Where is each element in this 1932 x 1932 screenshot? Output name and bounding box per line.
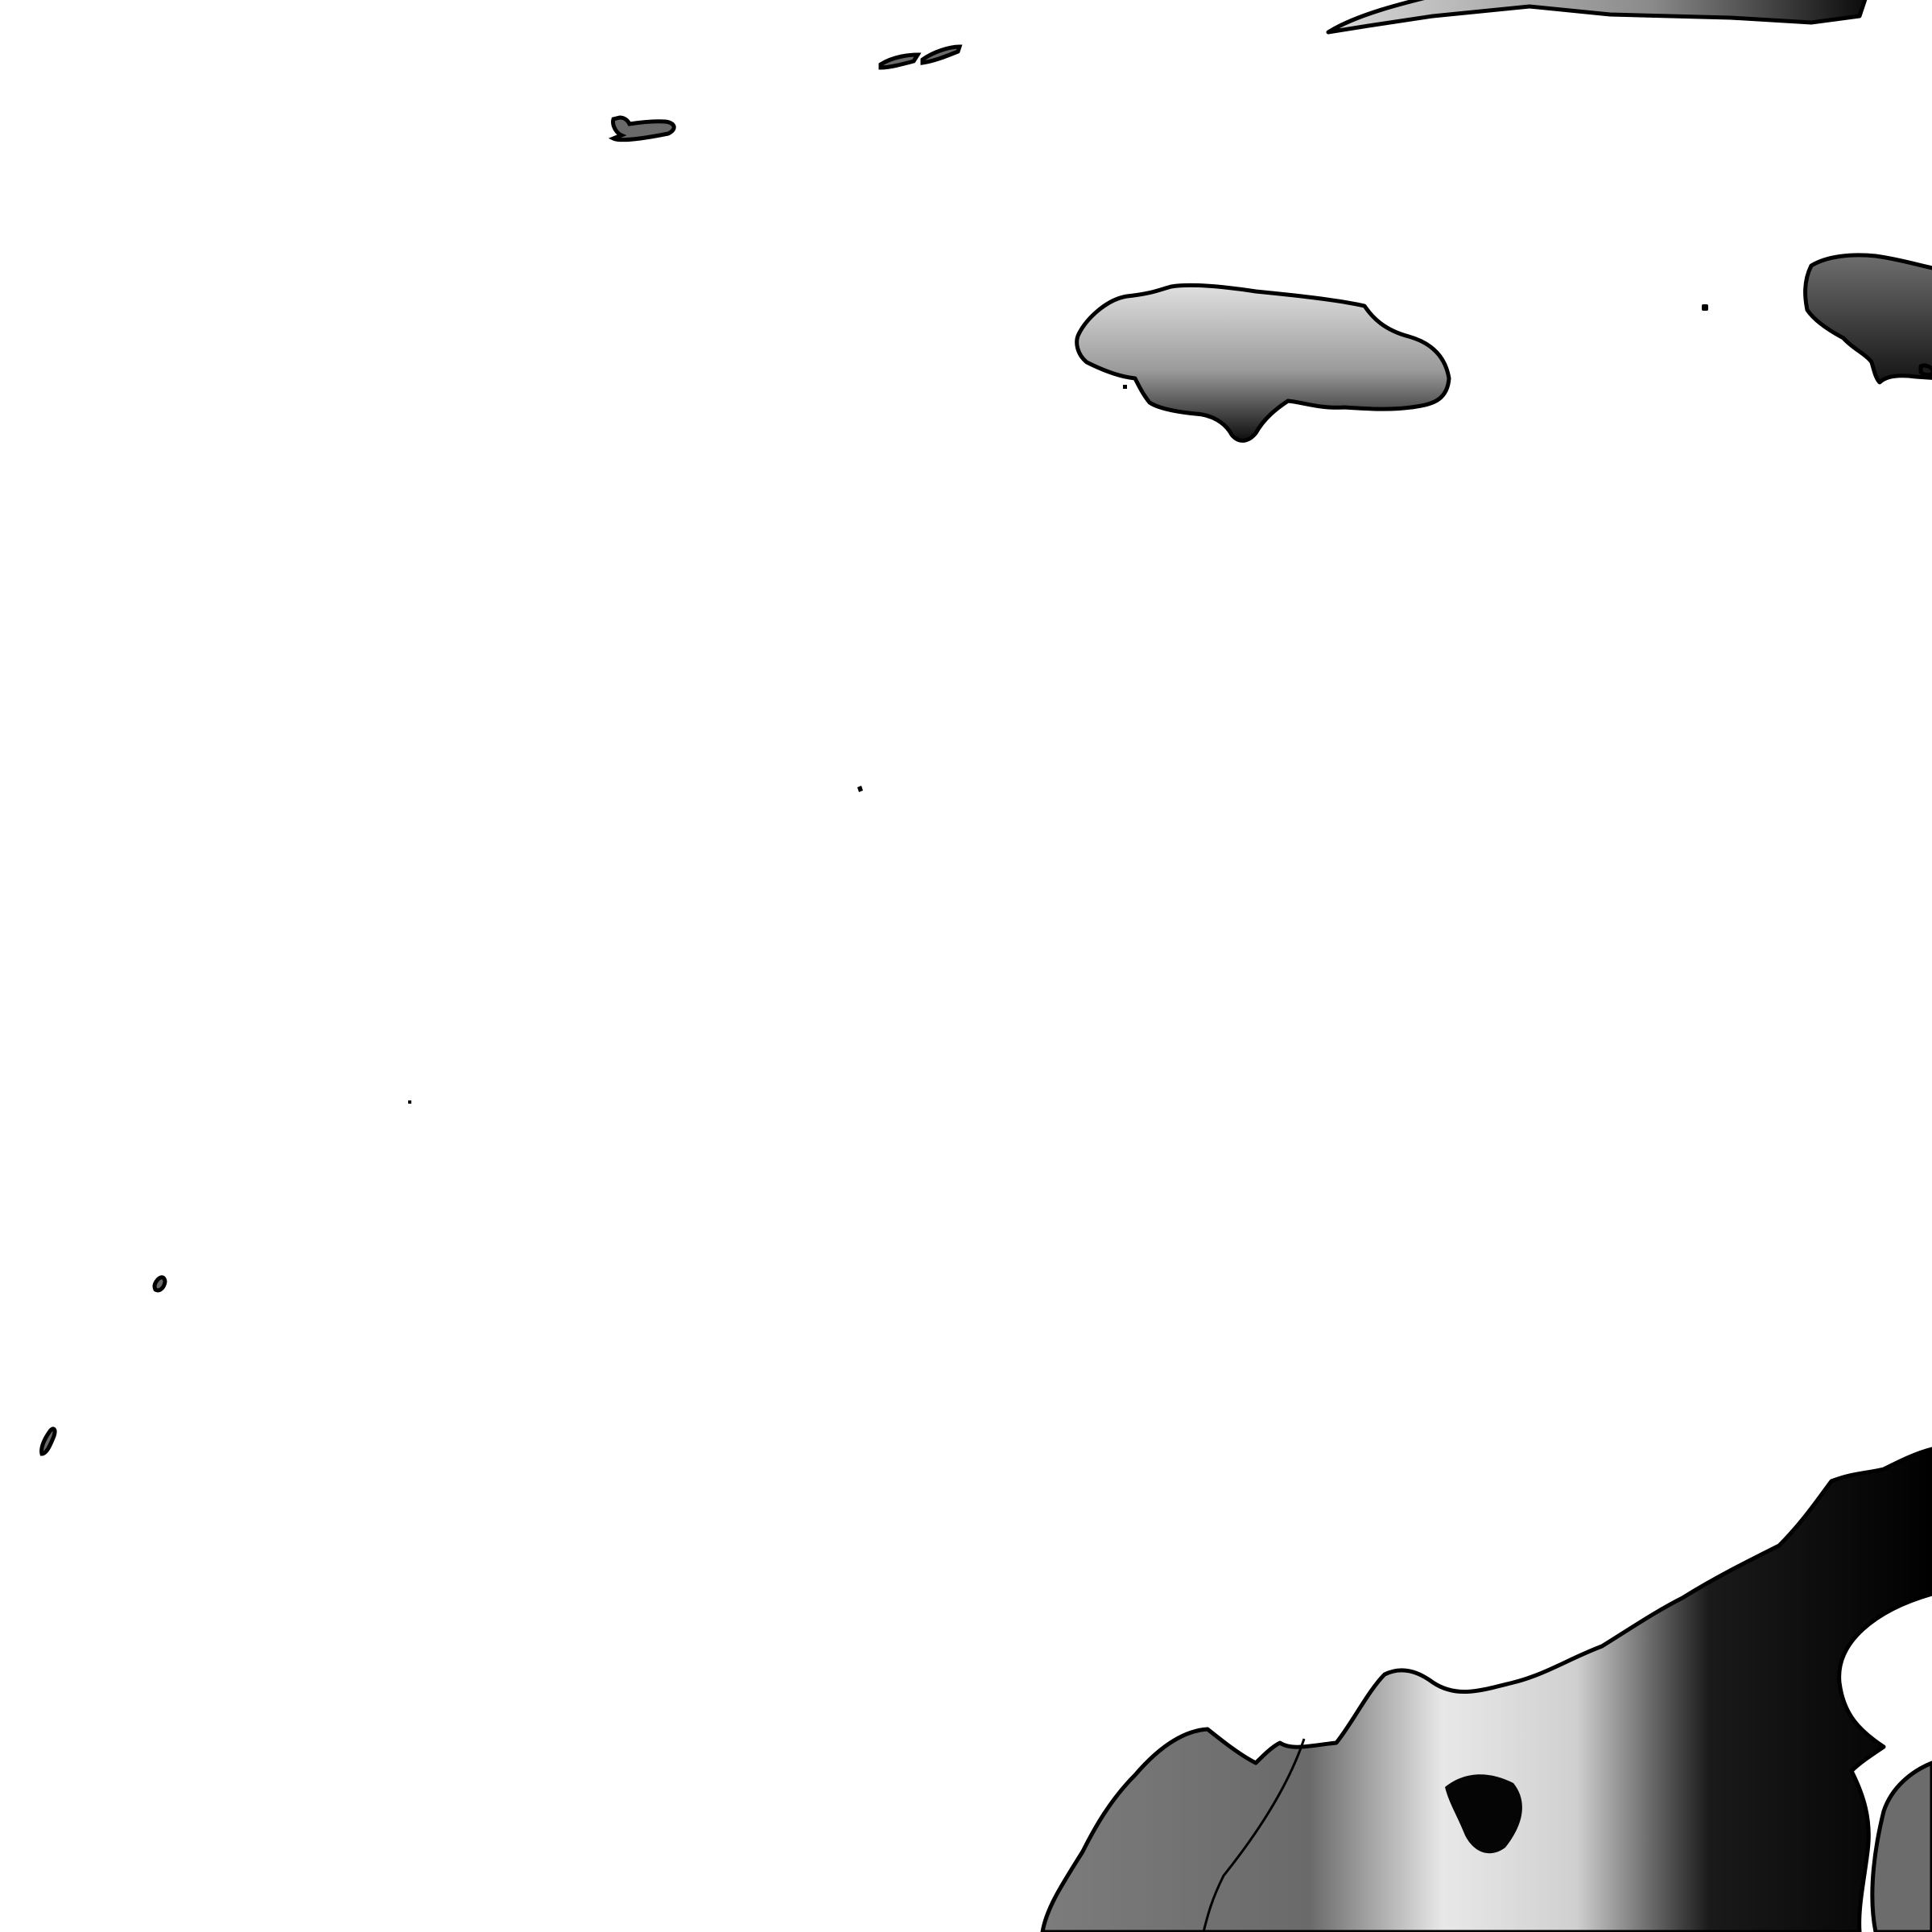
- jamaica-offshore-cay: [1123, 385, 1127, 389]
- san-andres-islet: [42, 1429, 55, 1454]
- south-america-landmass: [1042, 1449, 1932, 1932]
- haiti-small-isle: [1921, 365, 1932, 375]
- cayman-brac-islet: [881, 55, 918, 68]
- jamaica-landmass: [1077, 285, 1449, 440]
- cuba-landmass: [1328, 0, 1868, 32]
- map-canvas: [0, 0, 1932, 1932]
- grand-cayman-islet: [613, 118, 675, 140]
- haiti-landmass: [1806, 255, 1932, 382]
- bajo-nuevo-islet: [408, 1100, 411, 1104]
- providencia-islet: [155, 1278, 165, 1290]
- paraguana-landmass: [1872, 1763, 1932, 1932]
- serranilla-islet: [857, 786, 863, 792]
- little-cayman-islet: [923, 47, 960, 63]
- navassa-islet: [1702, 304, 1708, 311]
